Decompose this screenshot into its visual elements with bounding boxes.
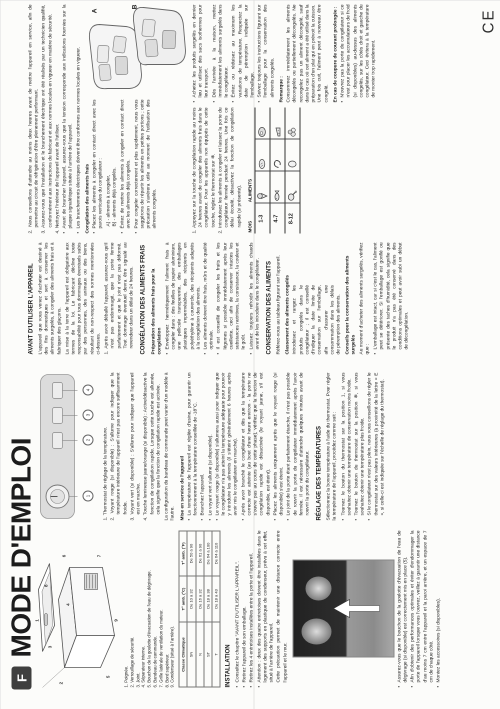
part-callout: 5 — [105, 675, 111, 678]
panel-legend-item: 3. Voyant vert (si disponible) : S'allum… — [130, 372, 142, 520]
freezing-bullet: Les aliments doivent être frais, mûrs et… — [203, 242, 215, 354]
startup-bullet: La température de l'appareil est réglée … — [187, 372, 199, 520]
part-item: 4. Séparateur interne. — [140, 530, 146, 687]
panel-legend-item: 4. Touche lumineuse jaune/orange (si dis… — [143, 372, 162, 520]
before-use-item: 1. Après avoir déballé l'appareil, assur… — [104, 242, 135, 354]
part-callout: 3 — [47, 645, 53, 648]
storage-months-table: MOIS ALIMENTS 1-3 4-7 — [246, 107, 300, 233]
red-indicator-light — [52, 432, 62, 448]
climate-cell: De 18 à 38 — [203, 576, 211, 622]
part-item: 6. Bandeau de commande. — [152, 530, 158, 687]
column-before-use: AVANT D'UTILISER L'APPAREIL L'appareil q… — [28, 242, 412, 354]
shopping-bullet: Dès l'arrivée à la maison, mettez immédi… — [212, 4, 231, 102]
temperature-bullet: Si le congélateur n'est pas plein, nous … — [367, 372, 386, 520]
section-before-use-heading: AVANT D'UTILISER L'APPAREIL — [28, 242, 36, 354]
startup-bullet: Branchez l'appareil. — [200, 372, 206, 520]
freezer-loading-figure: A B — [85, 4, 189, 94]
installation-note: Cette précaution permet de maintenir une… — [276, 530, 288, 687]
fresh-line-b: B) - aliments déjà congelés. — [112, 99, 118, 233]
panel-legend-item: 1. Thermostat de réglage de la températu… — [103, 372, 109, 520]
part-callout: 7 — [96, 554, 102, 557]
before-use-bullet: Les branchements électriques doivent êtr… — [76, 4, 82, 233]
climate-cell: De 10 à 32 — [187, 576, 195, 622]
climate-cell: De 50 à 90 — [187, 531, 195, 576]
chest-freezer-drawing — [36, 530, 120, 687]
section-installation-heading: INSTALLATION — [225, 530, 233, 687]
note-text: Consommez immédiatement les aliments déc… — [286, 4, 330, 102]
part-item: 3. Joint. — [135, 530, 141, 687]
section-freezing-heading: CONGÉLATION DES ALIMENTS FRAIS — [140, 242, 148, 354]
freeze-step: 2. Introduisez les aliments à congeler e… — [218, 107, 243, 233]
months-range: 8-12 — [284, 203, 299, 233]
section-temperature-heading: RÉGLAGE DES TEMPÉRATURES — [316, 372, 324, 520]
before-use-bullet: Avant de brancher l'appareil, assurez-vo… — [62, 4, 74, 233]
climate-cell: N — [195, 621, 203, 686]
shellfish-icon — [271, 158, 282, 169]
part-callout: 8 — [43, 584, 49, 587]
fresh-bullet: Pour congeler correctement et plus rapid… — [134, 99, 159, 233]
fresh-bullet: Placez les aliments à congeler en contac… — [92, 99, 104, 233]
page-header: F MODE D'EMPLOI — [5, 438, 37, 690]
installation-bullet: Attention : deux des quatre entretoises … — [257, 530, 276, 687]
installation-bullet: Afin d'obtenir des performances optimale… — [410, 530, 435, 687]
part-callout: 6 — [61, 554, 67, 557]
climate-header: T° amb. (°C) — [179, 576, 187, 622]
climate-cell: T — [211, 621, 219, 686]
months-range: 4-7 — [269, 203, 284, 233]
climate-cell: De 64 à 110 — [211, 531, 219, 576]
climate-cell: De 64 à 100 — [203, 531, 211, 576]
part-callout: 9 — [113, 619, 119, 622]
fish-icon — [271, 190, 282, 201]
column-control-panel: 1 2 3 4 1. Thermostat de réglage de la t… — [36, 372, 387, 520]
climate-class-table: Classe Climatique T° amb. (°C) T° amb. (… — [178, 530, 220, 687]
months-header: ALIMENTS — [246, 107, 254, 203]
installation-bullet: Retirez les 4 entretoises installées ent… — [249, 530, 255, 687]
power-failure-heading: En cas de coupure de courant prolongée : — [333, 4, 339, 102]
climate-header: Classe Climatique — [179, 621, 187, 686]
freezer-parts-figure: 1 2 3 4 5 6 7 8 9 — [36, 530, 120, 687]
part-item: 8. Bord supérieur. — [164, 530, 170, 687]
temperature-intro: Sélectionnez la bonne température à l'ai… — [326, 372, 338, 520]
freezing-bullet: Laissez toujours refroidir les aliments … — [249, 242, 261, 354]
note-heading: Remarque : — [279, 4, 285, 102]
column-right-wide: 2. Nous conseillons d'attendre au moins … — [28, 4, 378, 233]
storage-subheading2: Conseils pour la conservation des alimen… — [345, 242, 357, 354]
freezing-bullet: Enveloppez hermétiquement l'aliment frai… — [165, 242, 202, 354]
climate-cell: De 61 à 90 — [195, 531, 203, 576]
ice-cream-icon — [256, 190, 267, 201]
steps-and-table: 1. Appuyez sur la touche de congélation … — [192, 107, 379, 233]
part-item: 7. Grille latérale de ventilation du mot… — [158, 530, 164, 687]
manual-sheet-rotated: F MODE D'EMPLOI 1 2 3 4 5 — [0, 0, 500, 709]
bread-icon — [256, 158, 267, 169]
part-callout: 1 — [34, 619, 40, 622]
control-panel-drawing — [36, 372, 82, 520]
ce-mark: CE — [480, 8, 498, 33]
fresh-freezing-text: Congélation des aliments frais Placez le… — [85, 99, 189, 233]
fresh-freezing-heading: Congélation des aliments frais — [85, 99, 91, 233]
column-parts-installation: 1 2 3 4 5 6 7 8 9 1. Poignée. 2. Verroui… — [36, 530, 443, 687]
shopping-bullet: Évitez ou réduisez au maximum les variat… — [231, 4, 256, 102]
part-callout: 2 — [58, 681, 64, 684]
temperature-bullet: Tournez le bouton du thermostat sur la p… — [341, 372, 353, 520]
spacer-blob — [305, 577, 331, 601]
label-a: A — [91, 8, 99, 13]
startup-bullet: Le voyant rouge (si disponible) s'allume… — [215, 372, 240, 520]
language-badge: F — [11, 666, 31, 689]
part-callout: 4 — [65, 603, 71, 606]
vegetables-icon — [286, 126, 297, 137]
spacer-blob — [301, 619, 331, 645]
label-b: B — [131, 4, 139, 9]
startup-bullet: Après avoir branché le congélateur et dè… — [241, 372, 272, 520]
panel-callout: 3 — [82, 409, 93, 420]
egg-icon — [286, 158, 297, 169]
climate-cell: De 18 à 43 — [211, 576, 219, 622]
installation-bullet: Consultez le chapitre "AVANT D'UTILISER … — [235, 530, 241, 687]
panel-callout: 2 — [82, 434, 93, 445]
startup-bullet: Le voyant vert s'allume (si disponible). — [208, 372, 214, 520]
part-item: 1. Poignée. — [123, 530, 129, 687]
fresh-bullet: Évitez de mettre les aliments à congeler… — [120, 99, 132, 233]
climate-header: T° amb. (°F) — [179, 531, 187, 576]
temperature-bullet: Tournez le bouton du thermostat sur la p… — [354, 372, 366, 520]
meat-icon — [256, 126, 267, 137]
climate-cell: SN — [187, 621, 195, 686]
before-use-item: 3. Assurez-vous que l'installation et le… — [41, 4, 53, 233]
freezer-interior-drawing — [85, 4, 189, 94]
installation-bullet: Assurez-vous que le bouchon de la goulot… — [397, 530, 409, 687]
storage-bullet: L'emballage est intact, car si c'est le … — [373, 242, 410, 354]
freeze-step: 1. Appuyez sur la touche de congélation … — [192, 107, 217, 233]
storage-advice: Achetez les produits surgelés en dernier… — [192, 4, 379, 102]
fast-freeze-button — [52, 382, 62, 398]
storage-paragraph: Introduisez et rangez les produits conge… — [292, 285, 342, 354]
months-header: MOIS — [246, 203, 254, 233]
part-item: 2. Verrouillage de sécurité. — [129, 530, 135, 687]
storage-check-intro: Au moment d'acheter des aliments surgelé… — [359, 242, 371, 354]
installation-bullet: Montez les accessoires (si disponibles). — [436, 530, 442, 687]
fresh-line-a: A) - aliments à congeler, — [106, 99, 112, 233]
up-arrow-icon — [333, 599, 379, 619]
page-title: MODE D'EMPLOI — [5, 438, 37, 658]
panel-callout: 1 — [82, 490, 93, 501]
condenser-spacer-photo — [292, 560, 394, 658]
startup-bullet: Placez les aliments uniquement après que… — [273, 372, 285, 520]
storage-ref: Référez-vous au tableau figurant sur l'a… — [276, 242, 282, 354]
section-storage-heading: CONSERVATION DES ALIMENTS — [266, 242, 274, 354]
freezing-subheading: Préparation des aliments frais pour la c… — [151, 242, 163, 354]
fresh-freezing-block: Congélation des aliments frais Placez le… — [85, 4, 189, 233]
climate-cell: De 16 à 32 — [195, 576, 203, 622]
part-item: 9. Condenseur (situé à l'arrière). — [169, 530, 175, 687]
freezer-parts-list: 1. Poignée. 2. Verrouillage de sécurité.… — [123, 530, 175, 687]
panel-config-note: La configuration du bandeau de commande … — [164, 372, 176, 520]
power-failure-bullet: N'ouvrez pas la porte du congélateur si … — [340, 4, 377, 102]
steps-and-storage-block: 1. Appuyez sur la touche de congélation … — [192, 4, 379, 233]
before-use-item: 2. Nous conseillons d'attendre au moins … — [28, 4, 40, 233]
shopping-bullet: Achetez les produits surgelés en dernier… — [192, 4, 211, 102]
panel-callout: 4 — [82, 384, 93, 395]
panel-legend-item: 2. Voyant rouge (si disponible) : S'allu… — [110, 372, 129, 520]
storage-subheading: Classement des aliments congelés — [285, 242, 291, 354]
before-use-item: 4. Nettoyez l'intérieur de l'appareil av… — [55, 4, 61, 233]
green-indicator-light — [52, 407, 62, 423]
part-item: 5. Bouchon de la goulotte d'évacuation d… — [146, 530, 152, 687]
before-use-paragraph: La mise à la terre de l'appareil est obl… — [65, 242, 102, 354]
before-use-paragraph: L'appareil que vous venez d'acheter est … — [38, 242, 63, 354]
freezing-bullet: Il est conseillé de congeler les fruits … — [216, 242, 247, 354]
startup-heading: Mise en service de l'appareil — [180, 372, 186, 520]
poultry-icon — [286, 190, 297, 201]
control-panel-figure: 1 2 3 4 — [36, 372, 100, 520]
installation-bullet: Retirez l'appareil de son emballage. — [242, 530, 248, 687]
months-range: 1-3 — [254, 203, 269, 233]
scanned-manual-page: F MODE D'EMPLOI 1 2 3 4 5 — [0, 0, 500, 709]
startup-bullet: Le joint de la porte étant parfaitement … — [286, 372, 311, 520]
climate-cell: ST — [203, 621, 211, 686]
cheese-icon — [271, 126, 282, 137]
shopping-bullet: Suivez toujours les instructions figuran… — [257, 4, 276, 102]
